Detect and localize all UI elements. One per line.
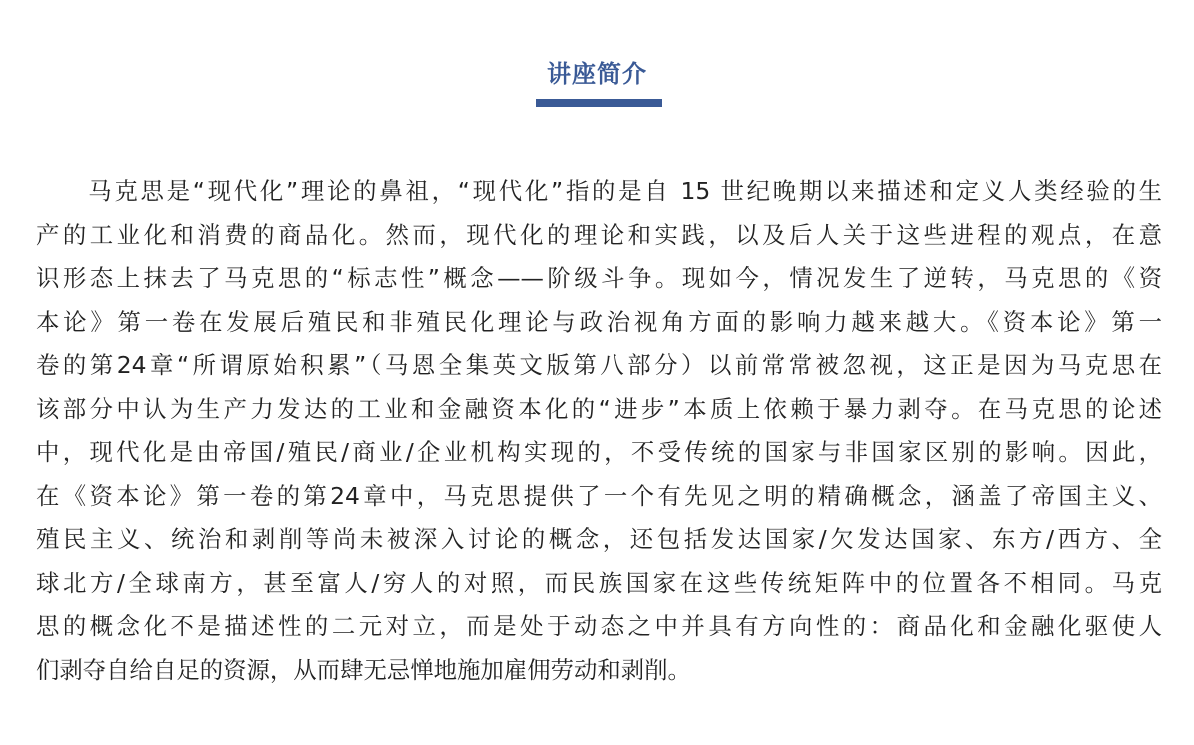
lecture-intro-paragraph: 马克思是“现代化”理论的鼻祖，“现代化”指的是自 15 世纪晚期以来描述和定义人… — [36, 170, 1162, 692]
section-header: 讲座简介 — [0, 56, 1194, 92]
paragraph-line: 该部分中认为生产力发达的工业和金融资本化的“进步”本质上依赖于暴力剥夺。在马克思… — [36, 388, 1162, 432]
paragraph-line: 产的工业化和消费的商品化。然而，现代化的理论和实践，以及后人关于这些进程的观点，… — [36, 214, 1162, 258]
paragraph-line: 中，现代化是由帝国/殖民/商业/企业机构实现的，不受传统的国家与非国家区别的影响… — [36, 431, 1162, 475]
paragraph-line: 卷的第24章“所谓原始积累”（马恩全集英文版第八部分）以前常常被忽视，这正是因为… — [36, 344, 1162, 388]
paragraph-line: 识形态上抹去了马克思的“标志性”概念——阶级斗争。现如今，情况发生了逆转，马克思… — [36, 257, 1162, 301]
paragraph-line: 本论》第一卷在发展后殖民和非殖民化理论与政治视角方面的影响力越来越大。《资本论》… — [36, 301, 1162, 345]
title-underline — [536, 99, 662, 107]
paragraph-line: 在《资本论》第一卷的第24章中，马克思提供了一个有先见之明的精确概念，涵盖了帝国… — [36, 475, 1162, 519]
paragraph-line: 们剥夺自给自足的资源，从而肆无忌惮地施加雇佣劳动和剥削。 — [36, 649, 1162, 693]
paragraph-line: 球北方/全球南方，甚至富人/穷人的对照，而民族国家在这些传统矩阵中的位置各不相同… — [36, 562, 1162, 606]
paragraph-line: 殖民主义、统治和剥削等尚未被深入讨论的概念，还包括发达国家/欠发达国家、东方/西… — [36, 518, 1162, 562]
paragraph-line: 马克思是“现代化”理论的鼻祖，“现代化”指的是自 15 世纪晚期以来描述和定义人… — [36, 170, 1162, 214]
paragraph-line: 思的概念化不是描述性的二元对立，而是处于动态之中并具有方向性的：商品化和金融化驱… — [36, 605, 1162, 649]
section-title: 讲座简介 — [547, 56, 647, 92]
